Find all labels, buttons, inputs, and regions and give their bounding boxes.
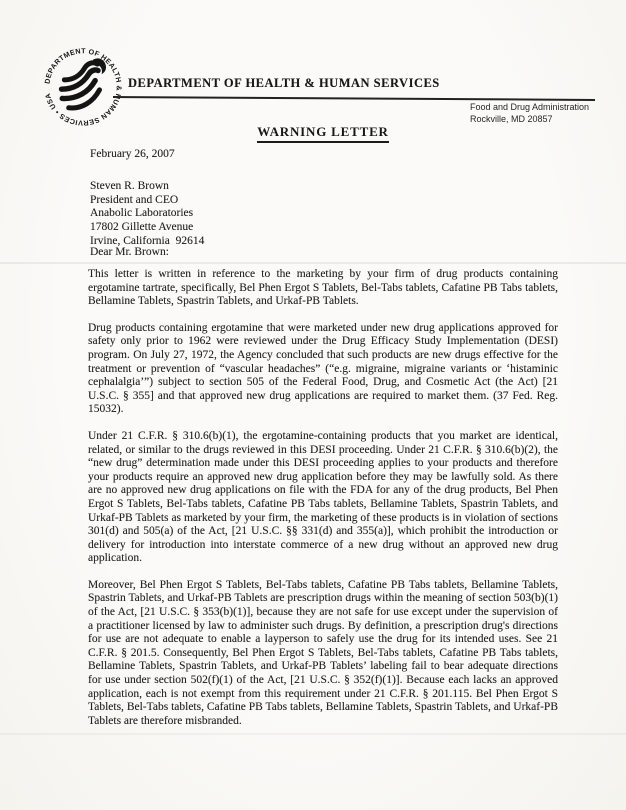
recipient-title: President and CEO — [90, 194, 204, 208]
paragraph-1: This letter is written in reference to t… — [88, 268, 558, 309]
letter-type-wrap: WARNING LETTER — [88, 123, 558, 143]
agency-name: DEPARTMENT OF HEALTH & HUMAN SERVICES — [128, 76, 440, 91]
letter-type-title: WARNING LETTER — [257, 124, 388, 143]
svg-text:DEPARTMENT OF HEALTH & HUMAN S: DEPARTMENT OF HEALTH & HUMAN SERVICES • … — [43, 47, 122, 127]
recipient-street: 17802 Gillette Avenue — [90, 221, 204, 235]
recipient-company: Anabolic Laboratories — [90, 207, 204, 221]
hhs-eagle-icon: DEPARTMENT OF HEALTH & HUMAN SERVICES • … — [40, 44, 126, 130]
recipient-address-block: Steven R. Brown President and CEO Anabol… — [90, 180, 204, 249]
salutation: Dear Mr. Brown: — [90, 246, 169, 258]
scanned-warning-letter-page: DEPARTMENT OF HEALTH & HUMAN SERVICES • … — [0, 0, 626, 810]
office-line-1: Food and Drug Administration — [470, 102, 589, 114]
hhs-seal-logo: DEPARTMENT OF HEALTH & HUMAN SERVICES • … — [40, 44, 126, 130]
scan-artifact-streak — [0, 733, 626, 735]
header-rule — [113, 96, 595, 101]
recipient-name: Steven R. Brown — [90, 180, 204, 194]
letter-body: This letter is written in reference to t… — [88, 268, 558, 741]
paragraph-2: Drug products containing ergotamine that… — [88, 322, 558, 417]
issuing-office-address: Food and Drug Administration Rockville, … — [470, 102, 589, 125]
letter-date: February 26, 2007 — [90, 148, 175, 160]
paragraph-4: Moreover, Bel Phen Ergot S Tablets, Bel-… — [88, 579, 558, 729]
scan-artifact-streak — [0, 262, 626, 264]
paragraph-3: Under 21 C.F.R. § 310.6(b)(1), the ergot… — [88, 430, 558, 566]
